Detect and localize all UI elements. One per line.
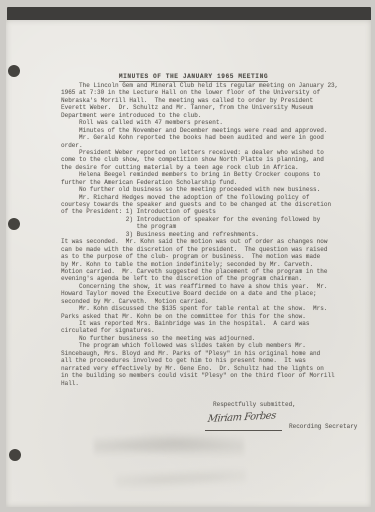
document-line: It was reported Mrs. Bainbridge was in t… bbox=[61, 320, 361, 327]
document-line: of the President: 1) Introduction of gue… bbox=[61, 208, 361, 215]
document-line: Nebraska's Morrill Hall. The meeting was… bbox=[61, 97, 361, 104]
document-line: come to the club show, the competition s… bbox=[61, 156, 361, 163]
scan-edge-bar bbox=[7, 7, 371, 21]
document-line: seconded by Mr. Carveth. Motion carried. bbox=[61, 298, 361, 305]
document-line: Howard Taylor moved the Executive Board … bbox=[61, 290, 361, 297]
document-line: the program bbox=[61, 223, 361, 230]
bleed-through-artifact bbox=[94, 431, 244, 460]
document-line: Mr. Kohn discussed the $135 spent for ta… bbox=[61, 305, 361, 312]
paper-sheet: MINUTES OF THE JANUARY 1965 MEETING The … bbox=[6, 20, 371, 507]
document-line: Hall. bbox=[61, 380, 361, 387]
document-line: Everett Weber. Dr. Schultz and Mr. Tanne… bbox=[61, 104, 361, 111]
page-title-row: MINUTES OF THE JANUARY 1965 MEETING bbox=[6, 65, 375, 83]
punch-hole bbox=[9, 449, 21, 461]
bleed-through-artifact bbox=[116, 466, 247, 493]
document-line: 3) Business meeting and refreshments. bbox=[61, 231, 361, 238]
document-line: all the proceedures involved to get him … bbox=[61, 357, 361, 364]
document-line: The program which followed was slides ta… bbox=[61, 342, 361, 349]
document-line: Mr. Richard Hedges moved the adoption of… bbox=[61, 194, 361, 201]
punch-hole bbox=[8, 218, 20, 230]
document-line: Helena Beegel reminded members to bring … bbox=[61, 171, 361, 178]
punch-hole bbox=[8, 65, 20, 77]
document-line: in the building so members could visit "… bbox=[61, 372, 361, 379]
document-line: 1965 at 7:30 in the Lecture Hall on the … bbox=[61, 89, 361, 96]
page-title: MINUTES OF THE JANUARY 1965 MEETING bbox=[119, 73, 268, 82]
document-line: No further old business so the meeting p… bbox=[61, 186, 361, 193]
document-line: Minutes of the November and December mee… bbox=[61, 127, 361, 134]
document-line: No further business so the meeting was a… bbox=[61, 335, 361, 342]
document-line: by Mr. Kohn to table the motion indefini… bbox=[61, 261, 361, 268]
scanned-document-page: MINUTES OF THE JANUARY 1965 MEETING The … bbox=[0, 0, 375, 512]
document-line: narrated very effectively by Mr. Gene En… bbox=[61, 365, 361, 372]
document-line: Roll was called with 47 members present. bbox=[61, 119, 361, 126]
document-line: Parks asked that Mr. Kohn be on the comm… bbox=[61, 313, 361, 320]
handwritten-signature: Miriam Forbes bbox=[207, 410, 276, 425]
signature-underline: Miriam Forbes bbox=[205, 412, 282, 431]
signature-role-label: Recording Secretary bbox=[289, 423, 357, 430]
document-line: Concerning the show, it was reaffirmed t… bbox=[61, 283, 361, 290]
document-body: The Lincoln Gem and Mineral Club held it… bbox=[61, 82, 361, 387]
document-line: the desire for cutting material by a tee… bbox=[61, 164, 361, 171]
document-line: It was seconded. Mr. Kohn said the motio… bbox=[61, 238, 361, 245]
document-line: Sincebaugh, Mrs. Bloyd and Mr. Parks of … bbox=[61, 350, 361, 357]
document-line: order. bbox=[61, 142, 361, 149]
document-line: President Weber reported on letters rece… bbox=[61, 149, 361, 156]
document-line: The Lincoln Gem and Mineral Club held it… bbox=[61, 82, 361, 89]
document-line: Motion carried. Mr. Carveth suggested th… bbox=[61, 268, 361, 275]
document-line: further the American Federation Scholars… bbox=[61, 179, 361, 186]
document-line: can be made with the discretion of the p… bbox=[61, 246, 361, 253]
document-line: Department were introduced to the club. bbox=[61, 112, 361, 119]
document-line: 2) Introduction of speaker for the eveni… bbox=[61, 216, 361, 223]
closing-salutation: Respectfully submitted, bbox=[213, 401, 296, 408]
document-line: courtesy towards the speaker and guests … bbox=[61, 201, 361, 208]
document-line: circulated for signatures. bbox=[61, 327, 361, 334]
document-line: evening's agenda be left to the discreti… bbox=[61, 275, 361, 282]
document-line: as to the purpose of the club- program o… bbox=[61, 253, 361, 260]
document-line: Mr. Gerald Kohn reported the books had b… bbox=[61, 134, 361, 141]
